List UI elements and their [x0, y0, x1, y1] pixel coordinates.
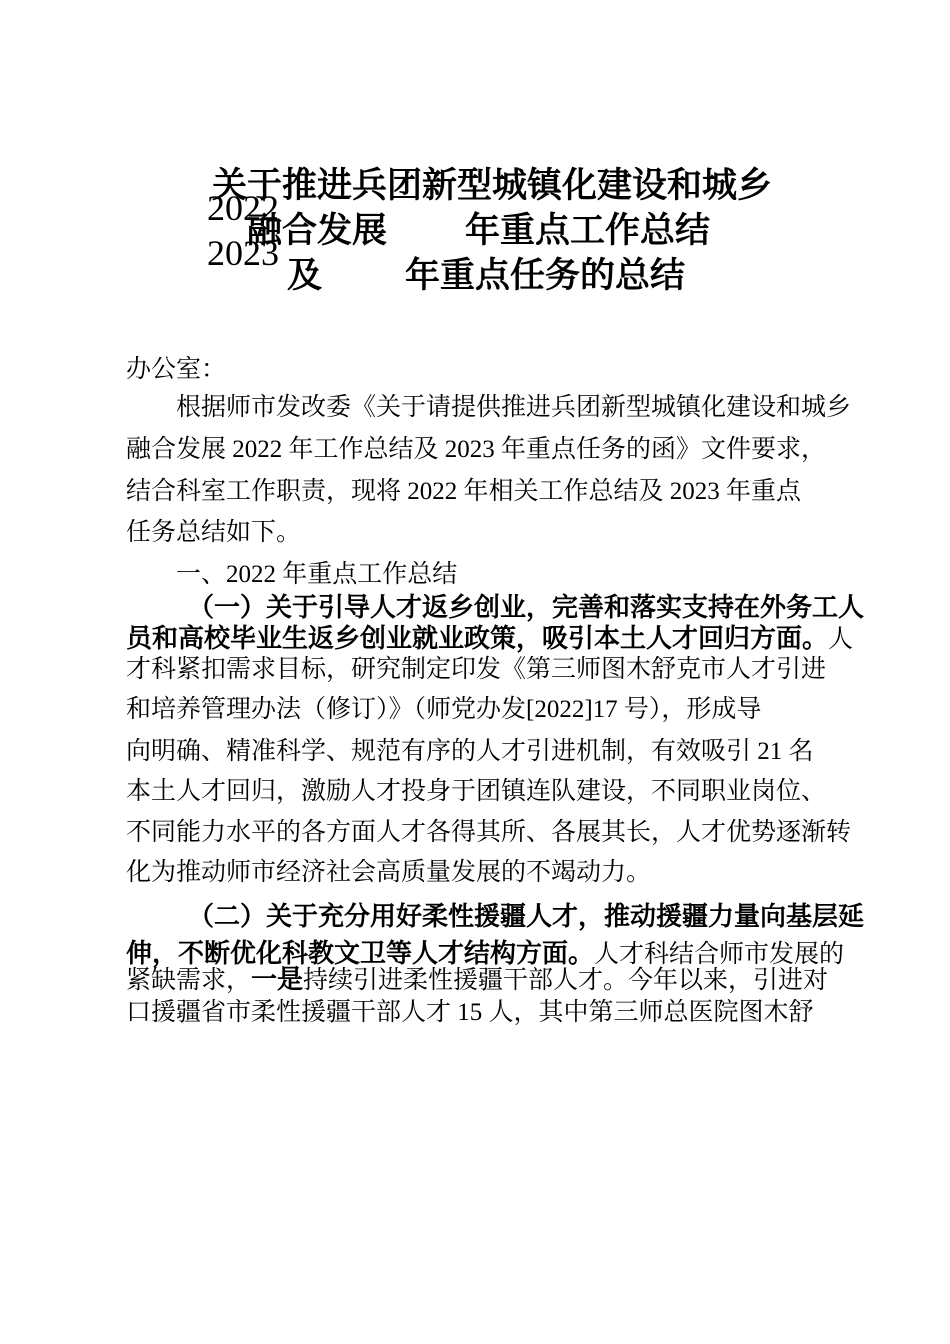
body-line: 紧缺需求，一是持续引进柔性援疆干部人才。今年以来，引进对	[126, 966, 828, 994]
text-run: 年重点任务的总结	[405, 256, 685, 295]
text-run: 及	[287, 256, 322, 295]
text-run: 伸，不断优化科教文卫等人才结构方面。	[126, 938, 594, 968]
text-run: 人	[828, 626, 853, 653]
text-run: 员和高校毕业生返乡创业就业政策，吸引本土人才回归方面。	[126, 623, 828, 653]
text-run: 办公室：	[126, 356, 226, 383]
text-run: 才科紧扣需求目标，研究制定印发《第三师图木舒克市人才引进	[126, 656, 826, 683]
body-line: 融合发展 2022 年工作总结及 2023 年重点任务的函》文件要求，	[126, 437, 826, 463]
text-run: （二）关于充分用好柔性援疆人才，推动援疆力量向基层延	[188, 901, 864, 931]
text-run: 本土人才回归，激励人才投身于团镇连队建设，不同职业岗位、	[126, 778, 826, 805]
body-line: 本土人才回归，激励人才投身于团镇连队建设，不同职业岗位、	[126, 779, 826, 805]
text-run: 和培养管理办法（修订）》（师党办发[2022]17 号），形成导	[126, 696, 761, 723]
body-line: 伸，不断优化科教文卫等人才结构方面。人才科结合师市发展的	[126, 940, 844, 968]
body-line: 不同能力水平的各方面人才各得其所、各展其长，人才优势逐渐转	[126, 820, 851, 846]
title-line-1: 关于推进兵团新型城镇化建设和城乡	[212, 168, 772, 204]
body-line: 任务总结如下。	[126, 520, 301, 546]
title-year-2023: 2023	[207, 235, 279, 272]
body-line: 员和高校毕业生返乡创业就业政策，吸引本土人才回归方面。人	[126, 625, 853, 653]
text-run: （一）关于引导人才返乡创业，完善和落实支持在外务工人	[188, 592, 864, 622]
text-run: 关于推进兵团新型城镇化建设和城乡	[212, 166, 772, 205]
body-line: 化为推动师市经济社会高质量发展的不竭动力。	[126, 860, 651, 886]
text-run: 口援疆省市柔性援疆干部人才 15 人，其中第三师总医院图木舒	[126, 999, 814, 1026]
body-line: 才科紧扣需求目标，研究制定印发《第三师图木舒克市人才引进	[126, 657, 826, 683]
text-run: 一、2022 年重点工作总结	[176, 561, 457, 588]
document-page: 关于推进兵团新型城镇化建设和城乡2022融合发展年重点工作总结2023及年重点任…	[0, 0, 950, 1344]
body-line: 和培养管理办法（修订）》（师党办发[2022]17 号），形成导	[126, 697, 761, 723]
text-run: 一是	[251, 964, 303, 994]
text-run: 向明确、精准科学、规范有序的人才引进机制，有效吸引 21 名	[126, 738, 814, 765]
body-line: 向明确、精准科学、规范有序的人才引进机制，有效吸引 21 名	[126, 739, 814, 765]
body-line: 结合科室工作职责，现将 2022 年相关工作总结及 2023 年重点	[126, 479, 801, 505]
body-line: （二）关于充分用好柔性援疆人才，推动援疆力量向基层延	[188, 903, 864, 930]
text-run: 根据师市发改委《关于请提供推进兵团新型城镇化建设和城乡	[176, 394, 851, 421]
text-run: 结合科室工作职责，现将 2022 年相关工作总结及 2023 年重点	[126, 478, 801, 505]
text-run: 年重点工作总结	[465, 211, 710, 250]
salutation: 办公室：	[126, 357, 226, 383]
title-line-3-left: 及	[287, 258, 322, 294]
text-run: 2023	[207, 233, 279, 273]
text-run: 融合发展 2022 年工作总结及 2023 年重点任务的函》文件要求，	[126, 436, 826, 463]
title-line-2-right: 年重点工作总结	[465, 213, 710, 249]
body-line: （一）关于引导人才返乡创业，完善和落实支持在外务工人	[188, 594, 864, 621]
text-run: 化为推动师市经济社会高质量发展的不竭动力。	[126, 859, 651, 886]
title-line-3-right: 年重点任务的总结	[405, 258, 685, 294]
text-run: 人才科结合师市发展的	[594, 941, 844, 968]
text-run: 紧缺需求，	[126, 967, 251, 994]
section-heading: 一、2022 年重点工作总结	[176, 562, 457, 588]
body-line: 口援疆省市柔性援疆干部人才 15 人，其中第三师总医院图木舒	[126, 1000, 814, 1026]
text-run: 持续引进柔性援疆干部人才。今年以来，引进对	[303, 967, 828, 994]
text-run: 任务总结如下。	[126, 519, 301, 546]
body-line: 根据师市发改委《关于请提供推进兵团新型城镇化建设和城乡	[176, 395, 851, 421]
text-run: 不同能力水平的各方面人才各得其所、各展其长，人才优势逐渐转	[126, 819, 851, 846]
